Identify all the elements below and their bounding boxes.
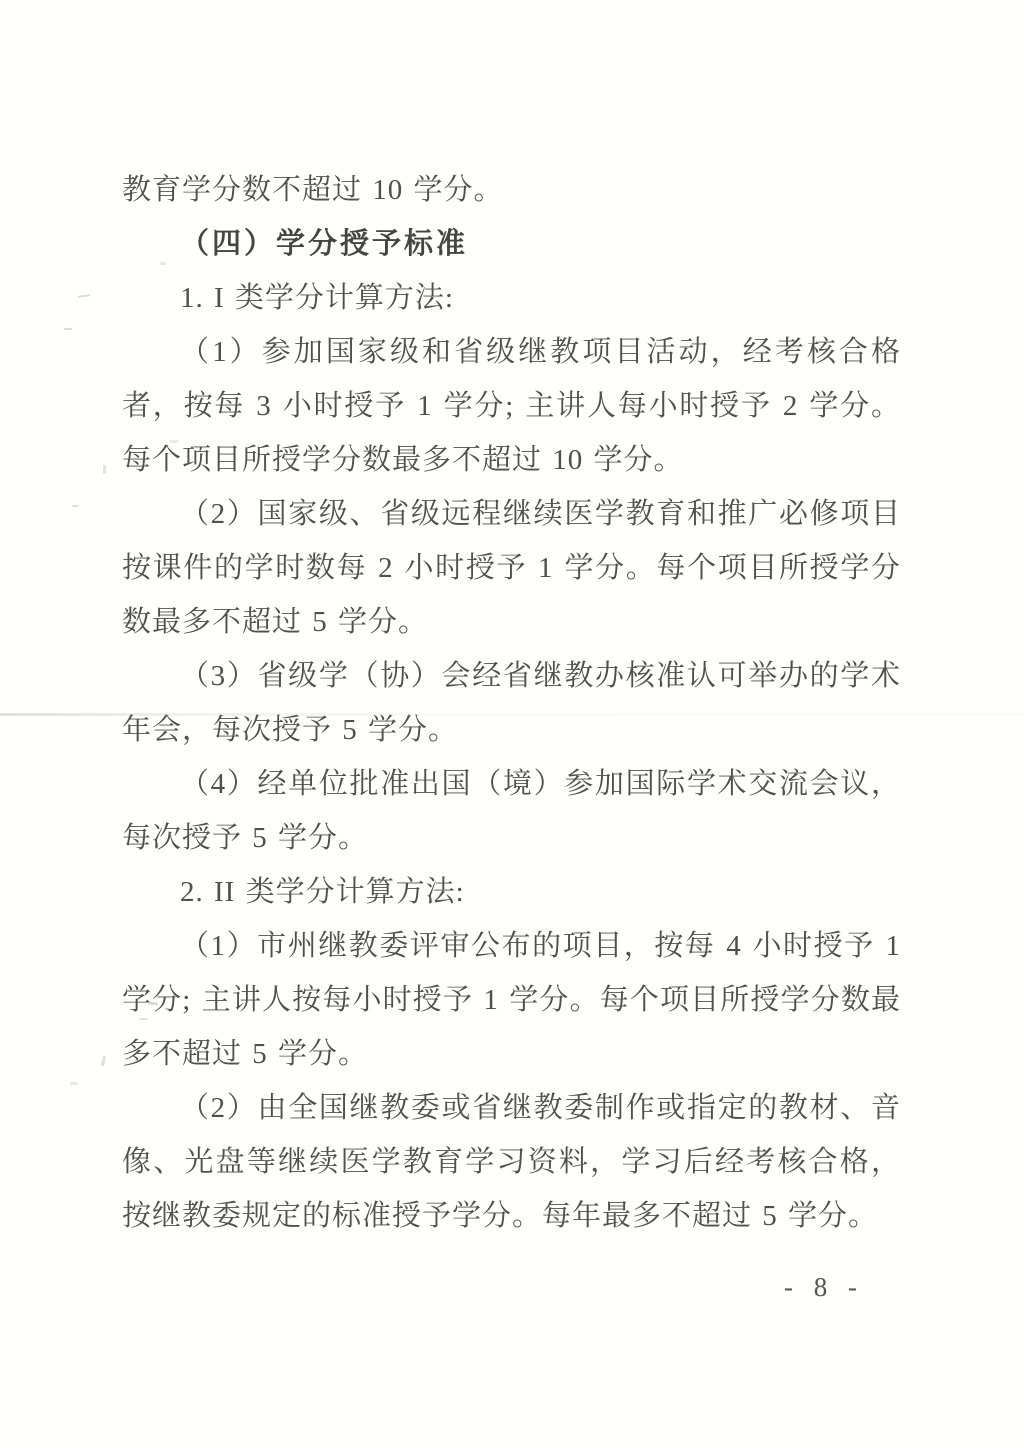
list-item-type2-2: （2）由全国继教委或省继教委制作或指定的教材、音像、光盘等继续医学教育学习资料，… (122, 1081, 901, 1243)
page-number: - 8 - (784, 1272, 864, 1303)
scan-speckle (101, 1056, 106, 1066)
subheading-type-2-credit-method: 2. II 类学分计算方法: (122, 865, 901, 919)
paragraph-continuation: 教育学分数不超过 10 学分。 (122, 163, 901, 217)
list-item-type1-1: （1）参加国家级和省级继教项目活动，经考核合格者，按每 3 小时授予 1 学分;… (122, 325, 901, 487)
list-item-type1-3: （3）省级学（协）会经省继教办核准认可举办的学术年会，每次授予 5 学分。 (122, 649, 901, 757)
list-item-type1-2: （2）国家级、省级远程继续医学教育和推广必修项目按课件的学时数每 2 小时授予 … (122, 487, 901, 649)
subheading-type-1-credit-method: 1. I 类学分计算方法: (122, 271, 901, 325)
scan-speckle (78, 294, 90, 298)
section-heading-credit-award-standard: （四）学分授予标准 (122, 217, 901, 271)
document-text-block: 教育学分数不超过 10 学分。 （四）学分授予标准 1. I 类学分计算方法: … (122, 163, 901, 1243)
scan-speckle (70, 1082, 78, 1085)
list-item-type1-4: （4）经单位批准出国（境）参加国际学术交流会议，每次授予 5 学分。 (122, 757, 901, 865)
list-item-type2-1: （1）市州继教委评审公布的项目，按每 4 小时授予 1 学分; 主讲人按每小时授… (122, 919, 901, 1081)
scan-speckle (103, 465, 106, 474)
scan-speckle (64, 328, 72, 330)
scan-speckle (72, 505, 79, 507)
scanned-document-page: 教育学分数不超过 10 学分。 （四）学分授予标准 1. I 类学分计算方法: … (0, 0, 1024, 1448)
